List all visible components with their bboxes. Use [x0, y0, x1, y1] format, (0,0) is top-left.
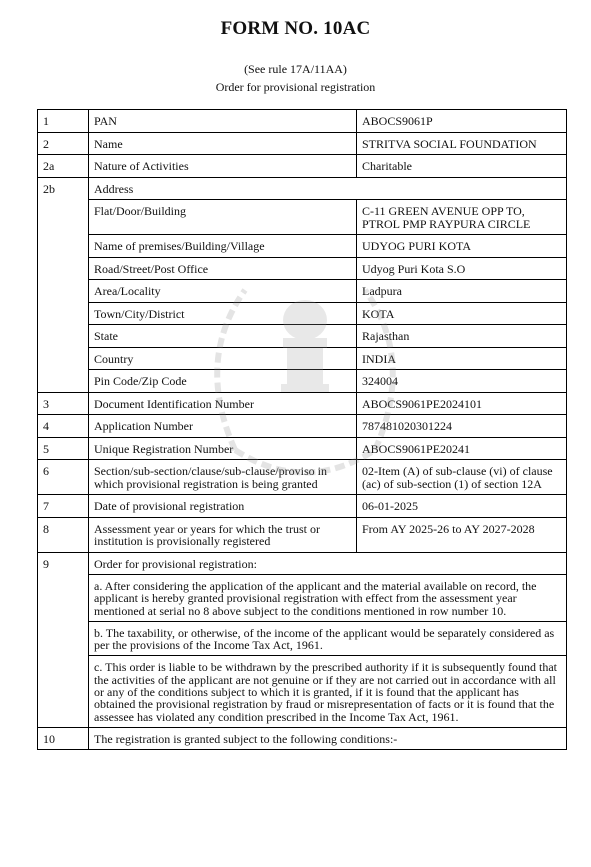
form-subtitle: Order for provisional registration [0, 80, 591, 95]
order-clause-row: b. The taxability, or otherwise, of the … [38, 621, 567, 656]
order-clause-row: c. This order is liable to be withdrawn … [38, 656, 567, 727]
address-value: UDYOG PURI KOTA [357, 235, 567, 258]
table-row-name: 2 Name STRITVA SOCIAL FOUNDATION [38, 132, 567, 155]
table-row-nature: 2a Nature of Activities Charitable [38, 155, 567, 178]
nature-value: Charitable [357, 155, 567, 178]
row-label: Application Number [89, 415, 357, 438]
row-number: 10 [38, 727, 89, 750]
row-label: Date of provisional registration [89, 495, 357, 518]
row-label: PAN [89, 110, 357, 133]
row-label: Section/sub-section/clause/sub-clause/pr… [89, 460, 357, 495]
row-label: Nature of Activities [89, 155, 357, 178]
row-number: 1 [38, 110, 89, 133]
row-label: Name [89, 132, 357, 155]
table-row-section: 6 Section/sub-section/clause/sub-clause/… [38, 460, 567, 495]
address-label: Country [89, 347, 357, 370]
row-number: 2b [38, 177, 89, 200]
address-row: Flat/Door/Building C-11 GREEN AVENUE OPP… [38, 200, 567, 235]
application-number-value: 787481020301224 [357, 415, 567, 438]
row-number: 9 [38, 552, 89, 575]
address-value: C-11 GREEN AVENUE OPP TO, PTROL PMP RAYP… [357, 200, 567, 235]
table-row-address: 2b Address [38, 177, 567, 200]
table-row-assessment-year: 8 Assessment year or years for which the… [38, 517, 567, 552]
address-row: Area/Locality Ladpura [38, 280, 567, 303]
assessment-year-value: From AY 2025-26 to AY 2027-2028 [357, 517, 567, 552]
table-row-date: 7 Date of provisional registration 06-01… [38, 495, 567, 518]
row-label: Assessment year or years for which the t… [89, 517, 357, 552]
address-label: Area/Locality [89, 280, 357, 303]
registration-table: 1 PAN ABOCS9061P 2 Name STRITVA SOCIAL F… [37, 109, 567, 750]
address-value: Rajasthan [357, 325, 567, 348]
name-value: STRITVA SOCIAL FOUNDATION [357, 132, 567, 155]
pan-value: ABOCS9061P [357, 110, 567, 133]
row-number: 2 [38, 132, 89, 155]
address-row: Name of premises/Building/Village UDYOG … [38, 235, 567, 258]
row-label: The registration is granted subject to t… [89, 727, 567, 750]
din-value: ABOCS9061PE2024101 [357, 392, 567, 415]
address-value: Ladpura [357, 280, 567, 303]
address-row: Town/City/District KOTA [38, 302, 567, 325]
address-value: 324004 [357, 370, 567, 393]
table-row-pan: 1 PAN ABOCS9061P [38, 110, 567, 133]
row-label: Unique Registration Number [89, 437, 357, 460]
address-row: State Rajasthan [38, 325, 567, 348]
row-number: 8 [38, 517, 89, 552]
address-row: Road/Street/Post Office Udyog Puri Kota … [38, 257, 567, 280]
table-row-din: 3 Document Identification Number ABOCS90… [38, 392, 567, 415]
order-clause-c: c. This order is liable to be withdrawn … [89, 656, 567, 727]
order-clause-row: a. After considering the application of … [38, 575, 567, 622]
row-label: Address [89, 177, 567, 200]
order-clause-b: b. The taxability, or otherwise, of the … [89, 621, 567, 656]
row-label: Document Identification Number [89, 392, 357, 415]
address-label: Name of premises/Building/Village [89, 235, 357, 258]
row-number: 5 [38, 437, 89, 460]
address-label: Town/City/District [89, 302, 357, 325]
table-row-conditions: 10 The registration is granted subject t… [38, 727, 567, 750]
address-label: Pin Code/Zip Code [89, 370, 357, 393]
address-label: Flat/Door/Building [89, 200, 357, 235]
table-row-application-number: 4 Application Number 787481020301224 [38, 415, 567, 438]
order-clause-a: a. After considering the application of … [89, 575, 567, 622]
date-value: 06-01-2025 [357, 495, 567, 518]
form-title: FORM NO. 10AC [0, 18, 591, 40]
section-value: 02-Item (A) of sub-clause (vi) of clause… [357, 460, 567, 495]
address-value: KOTA [357, 302, 567, 325]
address-label: State [89, 325, 357, 348]
row-number: 4 [38, 415, 89, 438]
row-number: 2a [38, 155, 89, 178]
row-label: Order for provisional registration: [89, 552, 567, 575]
row-number: 7 [38, 495, 89, 518]
address-label: Road/Street/Post Office [89, 257, 357, 280]
address-row: Pin Code/Zip Code 324004 [38, 370, 567, 393]
address-row: Country INDIA [38, 347, 567, 370]
address-value: Udyog Puri Kota S.O [357, 257, 567, 280]
row-number: 3 [38, 392, 89, 415]
urn-value: ABOCS9061PE20241 [357, 437, 567, 460]
row-number: 6 [38, 460, 89, 495]
form-rule-reference: (See rule 17A/11AA) [0, 62, 591, 77]
table-row-order: 9 Order for provisional registration: [38, 552, 567, 575]
address-value: INDIA [357, 347, 567, 370]
table-row-urn: 5 Unique Registration Number ABOCS9061PE… [38, 437, 567, 460]
